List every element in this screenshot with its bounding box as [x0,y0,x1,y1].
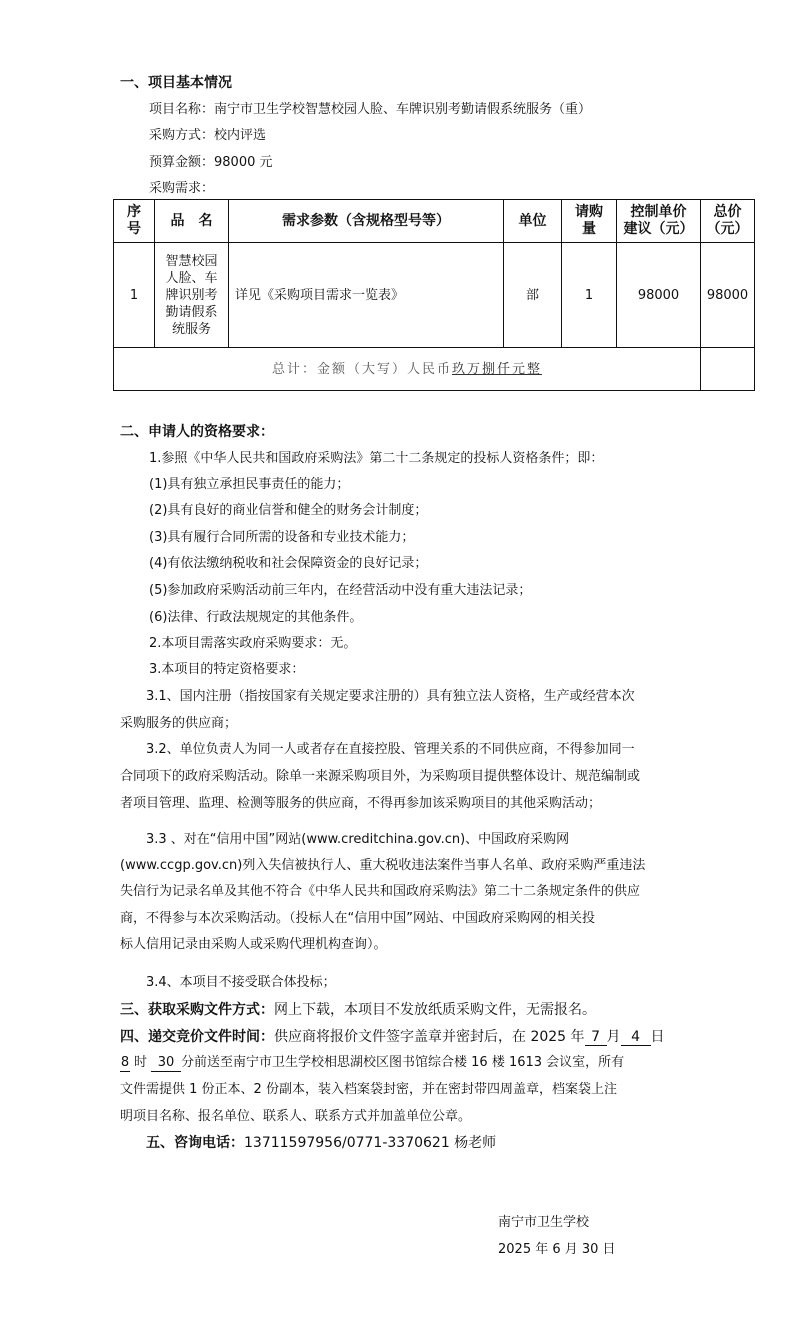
cell-seq: 1 [114,243,155,348]
requirement-label: 采购需求： [149,180,214,198]
month-unit: 月 [607,1029,621,1045]
table-row: 1 智慧校园 人脸、车 牌识别考 勤请假系 统服务 详见《采购项目需求一览表》 … [114,243,755,348]
table-header-row: 序号 品 名 需求参数（含规格型号等） 单位 请购量 控制单价建议（元） 总价（… [114,200,755,243]
qualification-3-2-line3: 者项目管理、监理、检测等服务的供应商，不得再参加该采购项目的其他采购活动； [120,795,601,813]
cell-unit: 部 [504,243,562,348]
procurement-method: 采购方式：校内评选 [149,127,266,145]
total-label-cell: 总计：金额（大写）人民币玖万捌仟元整 [114,348,701,391]
qualification-3-3-line5: 标人信用记录由采购人或采购代理机构查询）。 [120,936,387,954]
deadline-day: 4 [621,1029,651,1046]
total-amount-uppercase: 玖万捌仟元整 [452,362,542,377]
section2-heading: 二、申请人的资格要求： [120,423,274,441]
section4-line1: 四、递交竞价文件时间：供应商将报价文件签字盖章并密封后，在 2025 年7月4日 [120,1028,665,1046]
hour-unit: 时 [134,1055,147,1070]
section5: 五、咨询电话：13711597956/0771-3370621 杨老师 [146,1134,496,1152]
section3: 三、获取采购文件方式：网上下载，本项目不发放纸质采购文件，无需报名。 [120,1001,596,1019]
qualification-item-3: 3.本项目的特定资格要求： [149,661,304,679]
section4-heading: 四、递交竞价文件时间： [120,1029,274,1045]
total-row: 总计：金额（大写）人民币玖万捌仟元整 [114,348,755,391]
qualification-sub-3: (3)具有履行合同所需的设备和专业技术能力； [149,529,414,547]
qualification-3-1-line2: 采购服务的供应商； [120,715,237,733]
section3-heading: 三、获取采购文件方式： [120,1002,274,1018]
deadline-month: 7 [585,1029,607,1046]
cell-name: 智慧校园 人脸、车 牌识别考 勤请假系 统服务 [155,243,229,348]
section1-heading: 一、项目基本情况 [120,74,232,92]
qualification-3-3-line3: 失信行为记录名单及其他不符合《中华人民共和国政府采购法》第二十二条规定条件的供应 [120,883,640,901]
project-name: 项目名称：南宁市卫生学校智慧校园人脸、车牌识别考勤请假系统服务（重） [149,101,591,119]
qualification-sub-2: (2)具有良好的商业信誉和健全的财务会计制度； [149,502,427,520]
qualification-3-2-line1: 3.2、单位负责人为同一人或者存在直接控股、管理关系的不同供应商，不得参加同一 [146,741,635,759]
section4-text-a: 供应商将报价文件签字盖章并密封后，在 2025 年 [274,1029,585,1045]
total-label: 总计：金额（大写）人民币 [272,362,452,377]
cell-qty: 1 [562,243,617,348]
qualification-sub-4: (4)有依法缴纳税收和社会保障资金的良好记录； [149,555,427,573]
header-unit-price: 控制单价建议（元） [617,200,701,243]
day-unit: 日 [651,1029,665,1045]
total-value-cell [701,348,755,391]
header-unit: 单位 [504,200,562,243]
section4-line2: 8时30分前送至南宁市卫生学校相思湖校区图书馆综合楼 16 楼 1613 会议室… [120,1054,624,1072]
section4-line3: 文件需提供 1 份正本、2 份副本，装入档案袋封密，并在密封带四周盖章，档案袋上… [120,1081,617,1099]
header-name: 品 名 [155,200,229,243]
section3-text: 网上下载，本项目不发放纸质采购文件，无需报名。 [274,1002,596,1018]
header-total-price: 总价（元） [701,200,755,243]
qualification-item-2: 2.本项目需落实政府采购要求：无。 [149,635,356,653]
qualification-3-1-line1: 3.1、国内注册（指按国家有关规定要求注册的）具有独立法人资格，生产或经营本次 [146,688,635,706]
qualification-item-1: 1.参照《中华人民共和国政府采购法》第二十二条规定的投标人资格条件；即： [149,450,603,468]
contact-phone: 13711597956/0771-3370621 杨老师 [244,1135,496,1151]
qualification-3-3-line4: 商，不得参与本次采购活动。（投标人在“信用中国”网站、中国政府采购网的相关投 [120,910,595,928]
cell-unit-price: 98000 [617,243,701,348]
header-seq: 序号 [114,200,155,243]
signature-org: 南宁市卫生学校 [498,1214,589,1232]
signature-date: 2025 年 6 月 30 日 [498,1241,616,1259]
qualification-sub-1: (1)具有独立承担民事责任的能力； [149,476,349,494]
qualification-3-3-line2: (www.ccgp.gov.cn)列入失信被执行人、重大税收违法案件当事人名单、… [120,857,645,875]
header-param: 需求参数（含规格型号等） [229,200,504,243]
section5-heading: 五、咨询电话： [146,1135,244,1151]
cell-param: 详见《采购项目需求一览表》 [229,243,504,348]
header-qty: 请购量 [562,200,617,243]
deadline-hour: 8 [120,1055,130,1072]
section4-text-b: 分前送至南宁市卫生学校相思湖校区图书馆综合楼 16 楼 1613 会议室，所有 [181,1055,624,1070]
qualification-3-4: 3.4、本项目不接受联合体投标； [146,974,336,992]
qualification-sub-6: (6)法律、行政法规规定的其他条件。 [149,609,362,627]
qualification-3-3-line1: 3.3 、对在“信用中国”网站(www.creditchina.gov.cn)、… [146,831,569,849]
qualification-sub-5: (5)参加政府采购活动前三年内，在经营活动中没有重大违法记录； [149,582,531,600]
section4-line4: 明项目名称、报名单位、联系人、联系方式并加盖单位公章。 [120,1108,471,1126]
cell-total-price: 98000 [701,243,755,348]
requirement-table: 序号 品 名 需求参数（含规格型号等） 单位 请购量 控制单价建议（元） 总价（… [113,199,755,391]
qualification-3-2-line2: 合同项下的政府采购活动。除单一来源采购项目外，为采购项目提供整体设计、规范编制或 [120,768,640,786]
deadline-minute: 30 [151,1055,181,1072]
budget-amount: 预算金额：98000 元 [149,154,273,172]
